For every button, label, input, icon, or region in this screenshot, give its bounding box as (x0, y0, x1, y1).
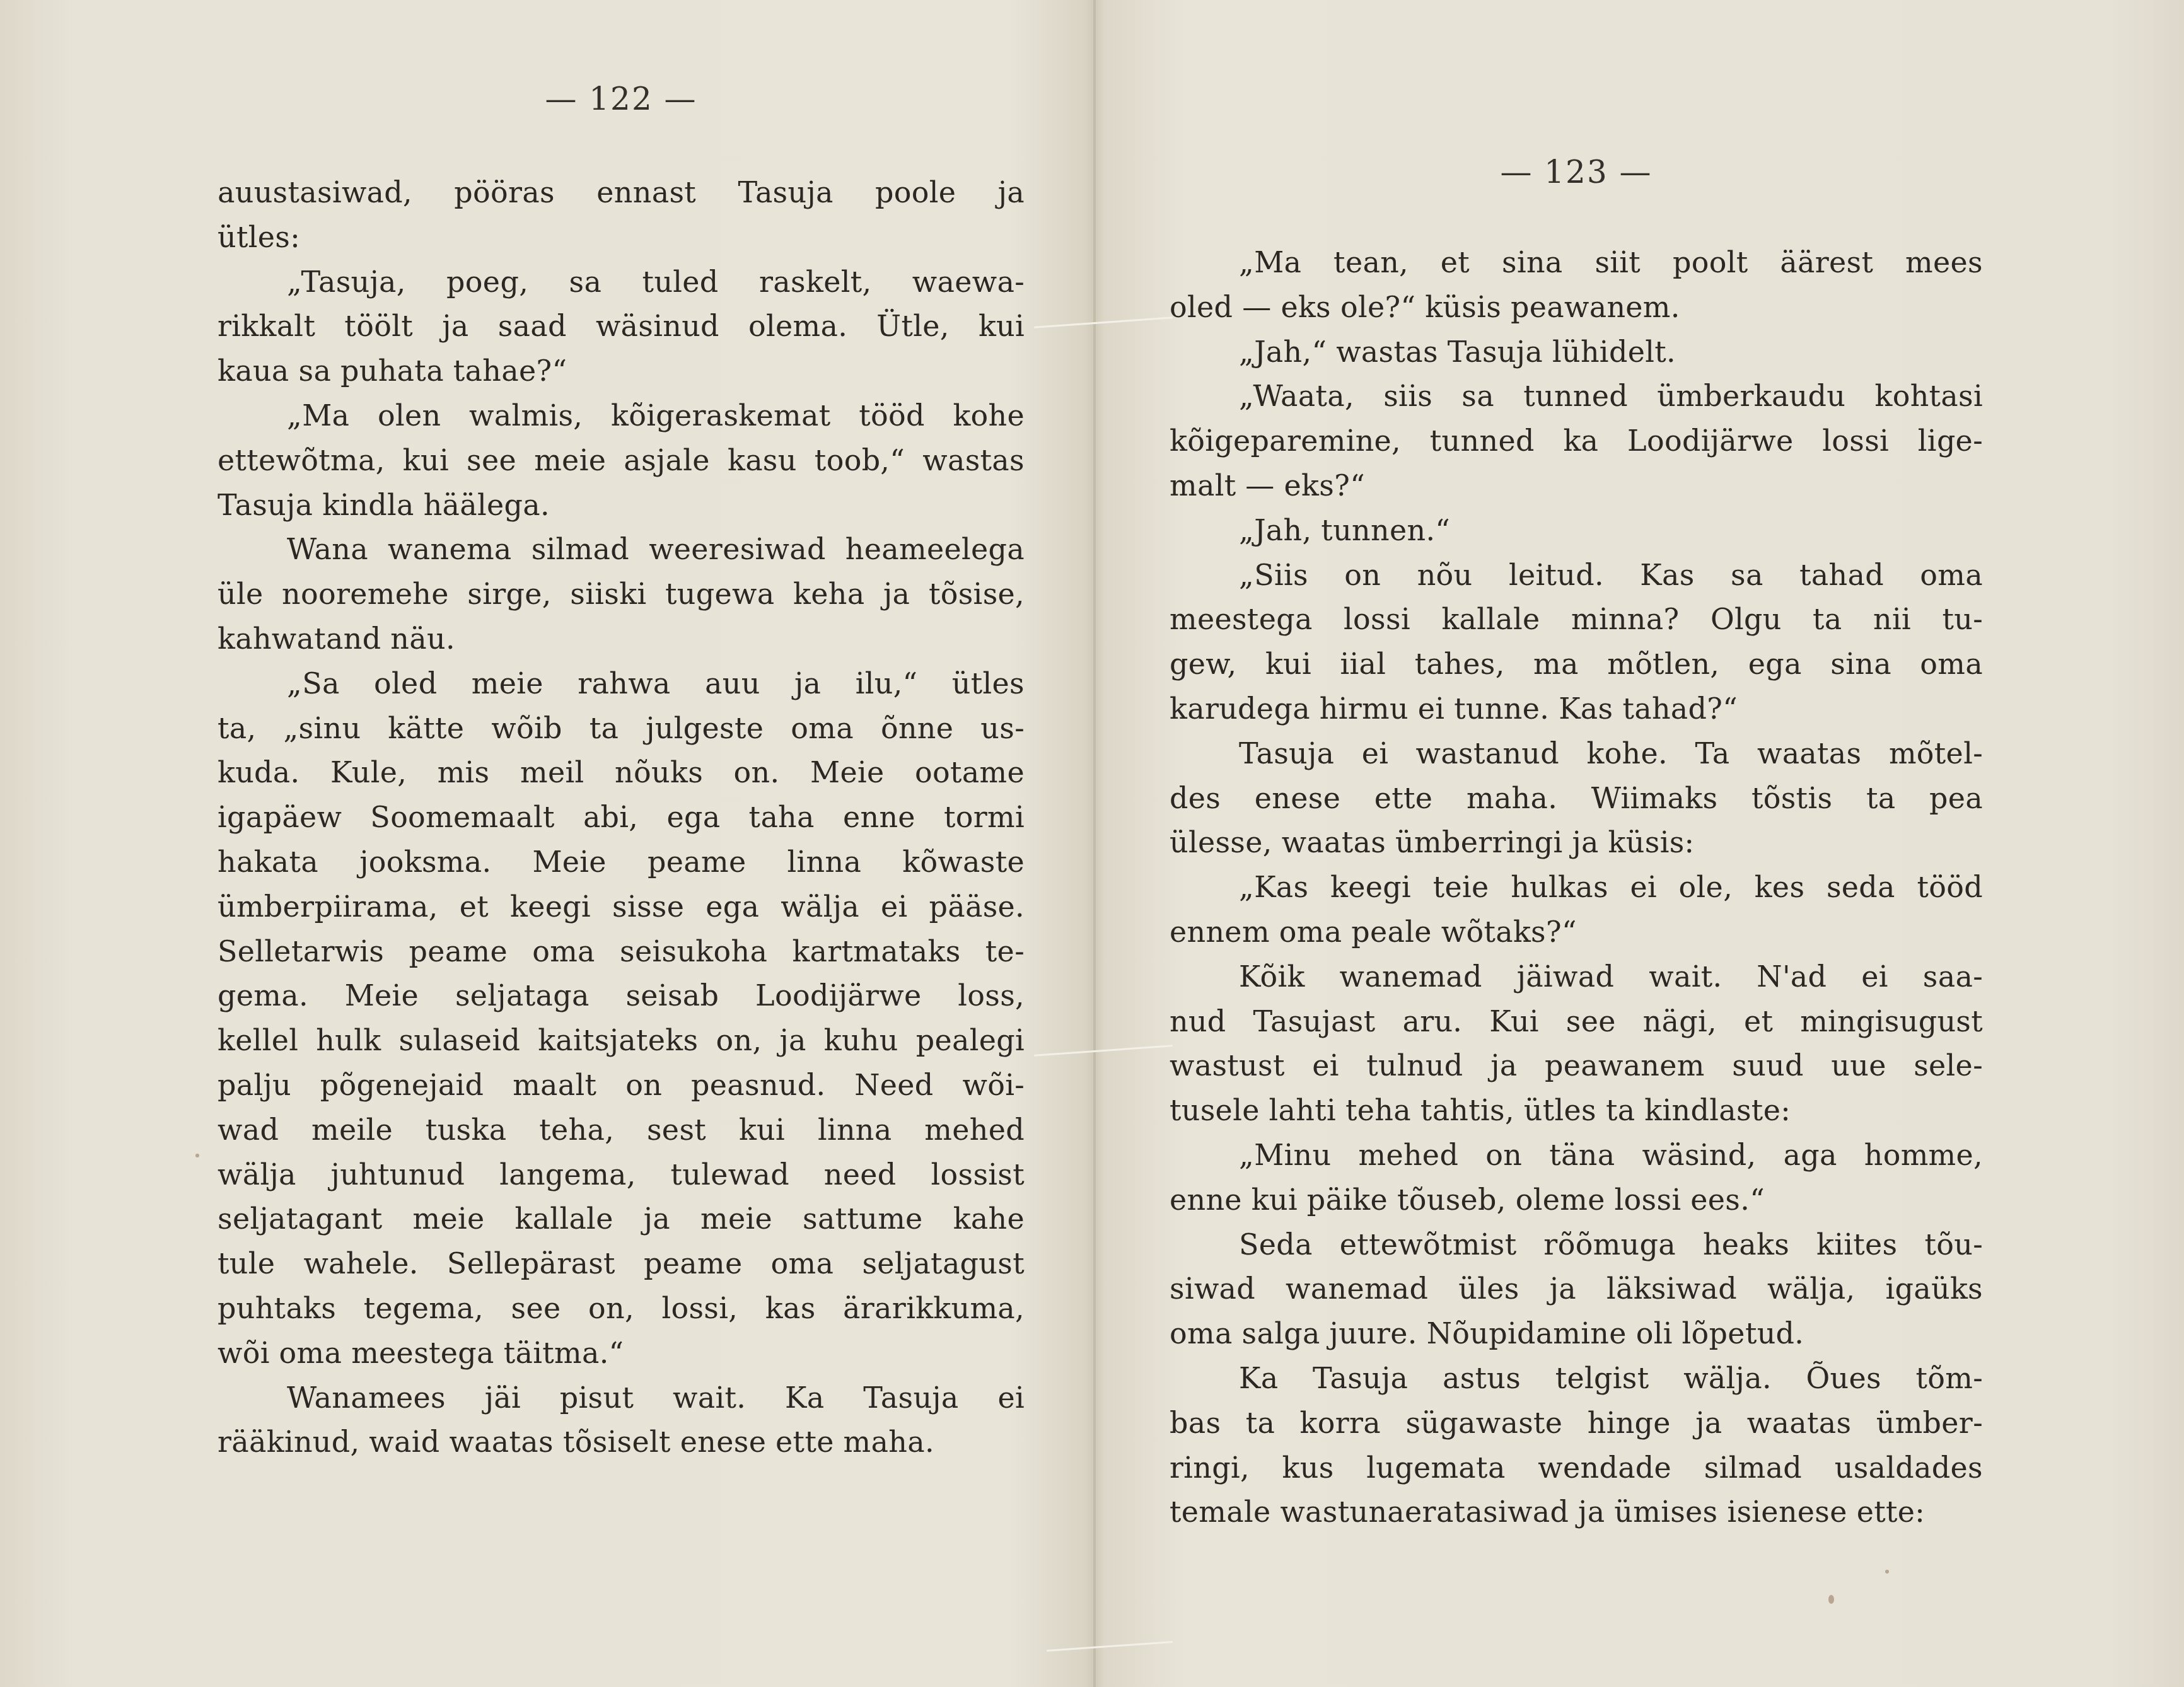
text-line: „Ma tean, et sina siit poolt äärest mees (1170, 240, 1983, 285)
text-line: wälja juhtunud langema, tulewad need los… (218, 1152, 1025, 1197)
text-line: karudega hirmu ei tunne. Kas tahad?“ (1170, 687, 1983, 731)
paper-speck (195, 1154, 199, 1157)
text-line: kaua sa puhata tahae?“ (218, 349, 1025, 393)
text-line: auustasiwad, pööras ennast Tasuja poole … (218, 170, 1025, 215)
right-page: — 123 — „Ma tean, et sina siit poolt äär… (1170, 0, 1983, 1687)
text-line: „Jah,“ wastas Tasuja lühidelt. (1170, 330, 1983, 374)
text-line: enne kui päike tõuseb, oleme lossi ees.“ (1170, 1178, 1983, 1222)
page-text: „Ma tean, et sina siit poolt äärest mees… (1170, 240, 1983, 1534)
text-line: ennem oma peale wõtaks?“ (1170, 910, 1983, 954)
text-line: kõigeparemine, tunned ka Loodijärwe loss… (1170, 419, 1983, 463)
paper-crease (1047, 1641, 1173, 1652)
text-line: „Siis on nõu leitud. Kas sa tahad oma (1170, 553, 1983, 598)
text-line: oled — eks ole?“ küsis peawanem. (1170, 285, 1983, 330)
text-line: kellel hulk sulaseid kaitsjateks on, ja … (218, 1018, 1025, 1063)
page-text: auustasiwad, pööras ennast Tasuja poole … (218, 170, 1025, 1464)
text-line: meestega lossi kallale minna? Olgu ta ni… (1170, 597, 1983, 642)
text-line: ringi, kus lugemata wendade silmad usald… (1170, 1446, 1983, 1490)
text-line: rääkinud, waid waatas tõsiselt enese ett… (218, 1420, 1025, 1464)
text-line: „Minu mehed on täna wäsind, aga homme, (1170, 1133, 1983, 1178)
paper-crease (1034, 1045, 1173, 1056)
text-line: ütles: (218, 215, 1025, 260)
text-line: „Jah, tunnen.“ (1170, 508, 1983, 553)
left-page: — 122 — auustasiwad, pööras ennast Tasuj… (218, 0, 1025, 1687)
text-line: „Ma olen walmis, kõigeraskemat tööd kohe (218, 393, 1025, 438)
text-line: puhtaks tegema, see on, lossi, kas ärari… (218, 1286, 1025, 1331)
text-line: malt — eks?“ (1170, 463, 1983, 508)
text-line: rikkalt töölt ja saad wäsinud olema. Ütl… (218, 304, 1025, 349)
text-line: Selletarwis peame oma seisukoha kartmata… (218, 929, 1025, 974)
text-line: „Tasuja, poeg, sa tuled raskelt, waewa- (218, 260, 1025, 304)
text-line: Kõik wanemad jäiwad wait. N'ad ei saa- (1170, 954, 1983, 999)
text-line: tule wahele. Sellepärast peame oma selja… (218, 1241, 1025, 1286)
text-line: üle nooremehe sirge, siiski tugewa keha … (218, 572, 1025, 617)
text-line: kuda. Kule, mis meil nõuks on. Meie oota… (218, 750, 1025, 795)
text-line: tusele lahti teha tahtis, ütles ta kindl… (1170, 1088, 1983, 1133)
text-line: Wana wanema silmad weeresiwad heameelega (218, 527, 1025, 572)
text-line: oma salga juure. Nõupidamine oli lõpetud… (1170, 1311, 1983, 1356)
text-line: ülesse, waatas ümberringi ja küsis: (1170, 820, 1983, 865)
text-line: „Waata, siis sa tunned ümberkaudu kohtas… (1170, 374, 1983, 419)
text-line: gema. Meie seljataga seisab Loodijärwe l… (218, 973, 1025, 1018)
text-line: ta, „sinu kätte wõib ta julgeste oma õnn… (218, 706, 1025, 751)
text-line: ümberpiirama, et keegi sisse ega wälja e… (218, 884, 1025, 929)
text-line: wõi oma meestega täitma.“ (218, 1331, 1025, 1376)
text-line: kahwatand näu. (218, 617, 1025, 661)
text-line: Wanamees jäi pisut wait. Ka Tasuja ei (218, 1376, 1025, 1420)
text-line: nud Tasujast aru. Kui see nägi, et mingi… (1170, 999, 1983, 1044)
book-gutter (1093, 0, 1096, 1687)
book-spread: — 122 — auustasiwad, pööras ennast Tasuj… (0, 0, 2184, 1687)
text-line: gew, kui iial tahes, ma mõtlen, ega sina… (1170, 642, 1983, 687)
text-line: Tasuja kindla häälega. (218, 483, 1025, 528)
text-line: „Sa oled meie rahwa auu ja ilu,“ ütles (218, 661, 1025, 706)
text-line: wad meile tuska teha, sest kui linna meh… (218, 1108, 1025, 1152)
text-line: „Kas keegi teie hulkas ei ole, kes seda … (1170, 865, 1983, 910)
text-line: palju põgenejaid maalt on peasnud. Need … (218, 1063, 1025, 1108)
text-line: igapäew Soomemaalt abi, ega taha enne to… (218, 795, 1025, 840)
page-number: — 123 — (1170, 154, 1983, 190)
text-line: ettewõtma, kui see meie asjale kasu toob… (218, 438, 1025, 483)
text-line: siwad wanemad üles ja läksiwad wälja, ig… (1170, 1267, 1983, 1311)
text-line: Seda ettewõtmist rõõmuga heaks kiites tõ… (1170, 1222, 1983, 1267)
page-number: — 122 — (218, 81, 1025, 117)
text-line: des enese ette maha. Wiimaks tõstis ta p… (1170, 776, 1983, 821)
text-line: bas ta korra sügawaste hinge ja waatas ü… (1170, 1401, 1983, 1446)
paper-crease (1034, 316, 1173, 328)
text-line: wastust ei tulnud ja peawanem suud uue s… (1170, 1043, 1983, 1088)
text-line: temale wastunaeratasiwad ja ümises isien… (1170, 1490, 1983, 1534)
text-line: seljatagant meie kallale ja meie sattume… (218, 1197, 1025, 1241)
text-line: Tasuja ei wastanud kohe. Ta waatas mõtel… (1170, 731, 1983, 776)
text-line: hakata jooksma. Meie peame linna kõwaste (218, 840, 1025, 884)
text-line: Ka Tasuja astus telgist wälja. Õues tõm- (1170, 1356, 1983, 1401)
